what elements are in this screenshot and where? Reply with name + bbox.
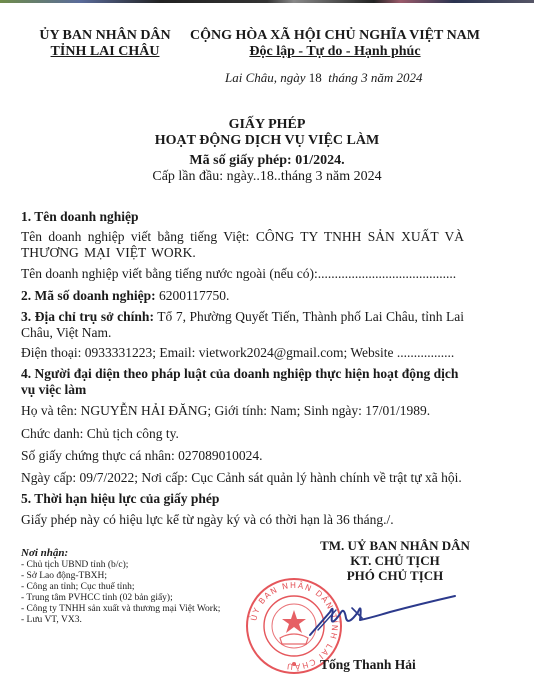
validity-text: Giấy phép này có hiệu lực kể từ ngày ký … — [21, 512, 464, 528]
first-issue-date: Cấp lần đầu: ngày..18..tháng 3 năm 2024 — [0, 169, 534, 185]
doc-subtitle: HOẠT ĐỘNG DỊCH VỤ VIỆC LÀM — [0, 133, 534, 149]
recipient-item: - Chủ tịch UBND tỉnh (b/c); — [21, 560, 220, 571]
section-2-business-code: 2. Mã số doanh nghiệp: 6200117750. — [21, 288, 464, 304]
representative-name: Họ và tên: NGUYỄN HẢI ĐĂNG; Giới tính: N… — [21, 403, 464, 419]
representative-title: Chức danh: Chủ tịch công ty. — [21, 426, 464, 442]
national-motto: Độc lập - Tự do - Hạnh phúc — [185, 44, 485, 60]
id-issue-info: Ngày cấp: 09/7/2022; Nơi cấp: Cục Cảnh s… — [21, 470, 464, 486]
license-document: ỦY BAN NHÂN DÂN TỈNH LAI CHÂU CỘNG HÒA X… — [0, 0, 534, 691]
recipient-item: - Công ty TNHH sản xuất và thương mại Vi… — [21, 604, 220, 615]
license-number: Mã số giấy phép: 01/2024. — [0, 153, 534, 169]
section-5-heading: 5. Thời hạn hiệu lực của giấy phép — [21, 491, 464, 507]
issuer-line1: ỦY BAN NHÂN DÂN — [20, 28, 190, 44]
recipient-item: - Sở Lao động-TBXH; — [21, 571, 220, 582]
issuer-line2: TỈNH LAI CHÂU — [20, 44, 190, 60]
signer-name: Tống Thanh Hải — [320, 657, 416, 673]
representative-id: Số giấy chứng thực cá nhân: 027089010024… — [21, 448, 464, 464]
issuer-header: ỦY BAN NHÂN DÂN TỈNH LAI CHÂU — [20, 28, 190, 60]
recipient-item: - Công an tỉnh; Cục thuế tỉnh; — [21, 582, 220, 593]
handwritten-signature-icon — [300, 590, 460, 640]
recipient-item: - Trung tâm PVHCC tỉnh (02 bản giấy); — [21, 593, 220, 604]
section-4-heading: 4. Người đại diện theo pháp luật của doa… — [21, 366, 464, 398]
company-name-foreign: Tên doanh nghiệp viết bằng tiếng nước ng… — [21, 266, 464, 282]
doc-title: GIẤY PHÉP — [0, 117, 534, 133]
section-3-address: 3. Địa chỉ trụ sở chính: Tổ 7, Phường Qu… — [21, 309, 464, 341]
signature-line2: KT. CHỦ TỊCH — [280, 553, 510, 568]
recipient-item: - Lưu VT, VX3. — [21, 615, 220, 626]
contact-info: Điện thoại: 0933331223; Email: vietwork2… — [21, 345, 464, 361]
place-date-line: Lai Châu, ngày 18 tháng 3 năm 2024 — [225, 70, 423, 86]
company-name-vn: Tên doanh nghiệp viết bằng tiếng Việt: C… — [21, 229, 464, 261]
section-1-heading: 1. Tên doanh nghiệp — [21, 209, 464, 225]
national-title: CỘNG HÒA XÃ HỘI CHỦ NGHĨA VIỆT NAM — [185, 28, 485, 44]
date-day: 18 — [309, 70, 322, 85]
recipients-title: Nơi nhận: — [21, 547, 68, 559]
recipients-list: - Chủ tịch UBND tỉnh (b/c); - Sở Lao độn… — [21, 560, 220, 626]
national-header: CỘNG HÒA XÃ HỘI CHỦ NGHĨA VIỆT NAM Độc l… — [185, 28, 485, 60]
signature-line1: TM. UỶ BAN NHÂN DÂN — [280, 538, 510, 553]
